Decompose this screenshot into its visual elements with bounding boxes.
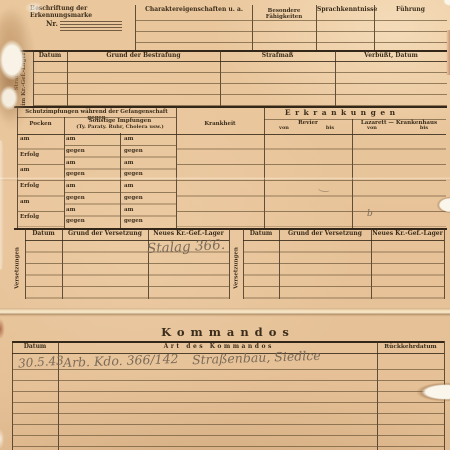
lazarett-von-label: von [362,126,382,132]
revier-von-label: von [274,126,294,132]
strafen-col-datum: Datum [33,53,67,60]
impfung-row-label: am [124,183,164,189]
pocken-row-label: am [20,199,60,205]
impfung-row-label: gegen [124,195,164,201]
versetzung-col-lager: Neues Kr.-Gef.-Lager [371,231,444,238]
lazarett-bis-label: bis [414,126,434,132]
impfung-row-label: gegen [124,148,164,154]
revier-col-header: Revier [264,120,352,126]
worn-sliver-left-edge [0,140,4,270]
row-lines [176,134,446,227]
pocken-row-label: Erfolg [20,183,60,189]
strafen-side-label-line1: Strafen [14,52,21,105]
impfung-row-label: am [66,136,106,142]
pow-record-card: Beschriftung der Erkennungsmarke Nr. Cha… [0,0,450,450]
versetzung-col-datum: Datum [243,231,279,238]
versetzungen-side-label-text: Versetzungen [233,247,240,289]
kommando-col-datum: Datum [12,344,58,351]
impfung-row-label: am [66,207,106,213]
erkrankungen-group-header: Erkrankungen [240,109,440,118]
versetzungen-side-label-left: Versetzungen [10,238,25,298]
versetzung-col-grund: Grund der Versetzung [62,231,148,238]
sonstige-col-subheader: (Ty. Paraty. Ruhr, Cholera usw.) [64,125,176,131]
krankheit-col-header: Krankheit [176,121,264,127]
revier-bis-label: bis [320,126,340,132]
row-lines [243,241,444,299]
strafen-col-verbuesst: Verbüßt, Datum [335,53,447,60]
impfung-row-label: am [66,160,106,166]
pocken-row-label: Erfolg [20,214,60,220]
versetzung-col-grund: Grund der Versetzung [279,231,371,238]
kommandos-title: Kommandos [0,326,450,339]
pocken-col-header: Pocken [17,121,64,127]
impfung-row-label: am [124,160,164,166]
impfung-row-label: gegen [66,171,106,177]
impfung-row-label: am [124,207,164,213]
impfung-row-label: gegen [66,148,106,154]
pocken-row-label: am [20,136,60,142]
strafen-side-label-line2: im Kr.-Gef.-Lager [21,52,28,105]
pocken-row-label: Erfolg [20,152,60,158]
nr-label: Nr. [46,20,60,28]
row-lines [33,62,447,106]
nr-ruled-lines [60,21,122,32]
strafen-col-grund: Grund der Bestrafung [67,53,220,60]
impfung-row-label: am [66,183,106,189]
strafen-side-label: Strafen im Kr.-Gef.-Lager [6,52,36,106]
row-lines [12,359,444,450]
versetzung-col-datum: Datum [25,231,62,238]
versetzungen-side-label-middle: Versetzungen [229,238,244,298]
paper-fold [0,308,450,317]
versetzungen-side-label-text: Versetzungen [14,247,21,289]
kommando-col-rueckkehr: Rückkehrdatum [377,344,444,351]
erkennungsmarke-label: Beschriftung der Erkennungsmarke [30,6,135,20]
pocken-row-label: am [20,167,60,173]
impfung-row-label: gegen [124,218,164,224]
strafen-col-strafmass: Strafmaß [220,53,335,60]
impfung-row-label: gegen [66,195,106,201]
worn-sliver-bottom-left [0,425,6,450]
impfung-row-label: am [124,136,164,142]
grid-line [444,228,445,299]
row-lines [135,10,447,49]
impfung-row-label: gegen [124,171,164,177]
grid-line [444,341,445,450]
pencil-mark: b [367,209,373,219]
kommando-col-art: Art des Kommandos [58,344,377,351]
impfung-row-label: gegen [66,218,106,224]
